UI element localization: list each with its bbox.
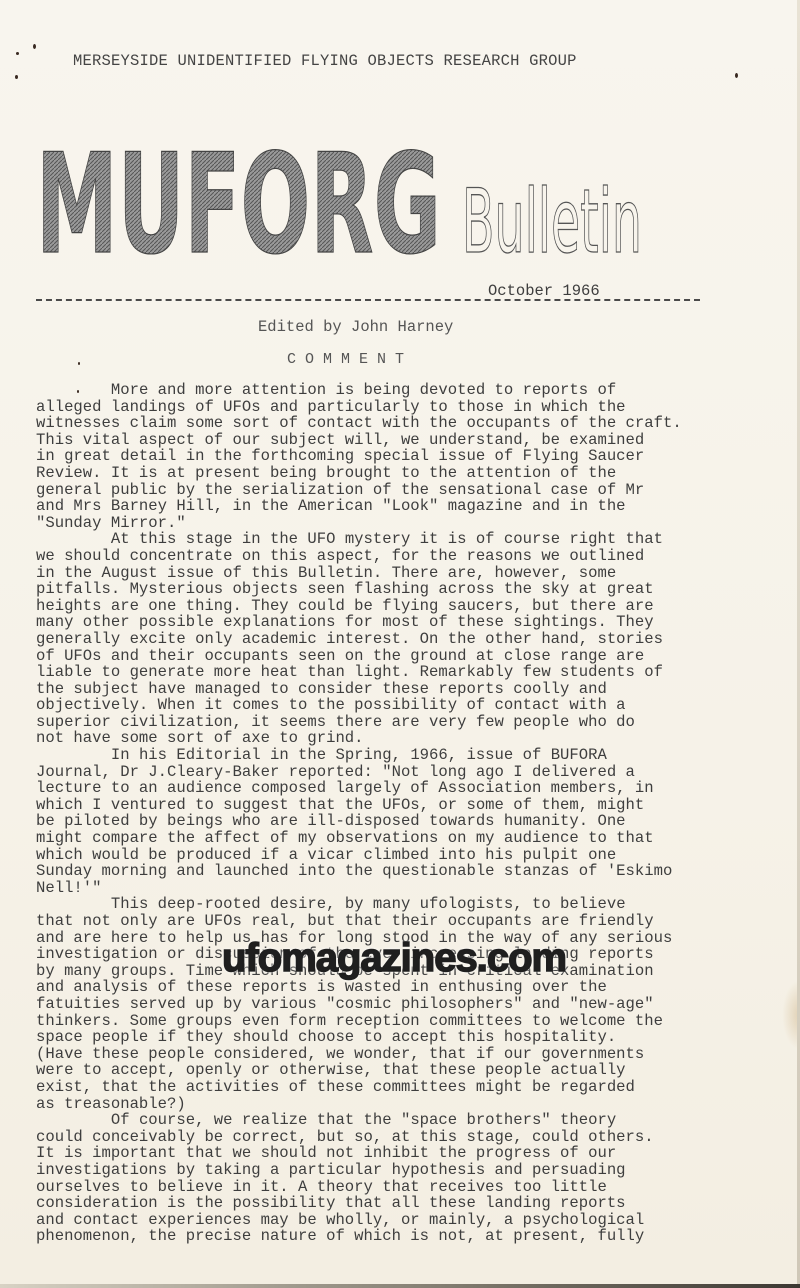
paragraph: More and more attention is being devoted… — [36, 382, 776, 531]
article-body: More and more attention is being devoted… — [36, 382, 776, 1245]
masthead-logo-graphic: MUFORG Bulletin — [34, 140, 654, 260]
header-rule — [36, 299, 700, 301]
masthead-title-bold: MUFORG — [36, 140, 441, 260]
paragraph: This deep-rooted desire, by many ufologi… — [36, 896, 776, 1112]
ink-speck — [33, 44, 36, 49]
section-title: COMMENT — [287, 351, 413, 368]
scanned-page: MERSEYSIDE UNIDENTIFIED FLYING OBJECTS R… — [0, 0, 800, 1288]
editor-credit: Edited by John Harney — [258, 318, 453, 336]
ink-speck — [15, 75, 18, 79]
paragraph: At this stage in the UFO mystery it is o… — [36, 531, 776, 747]
ink-speck — [16, 52, 19, 55]
issue-date: October 1966 — [488, 282, 600, 300]
ink-speck — [78, 362, 80, 365]
watermark: ufomagazines.com — [222, 936, 566, 981]
organization-header: MERSEYSIDE UNIDENTIFIED FLYING OBJECTS R… — [73, 52, 577, 70]
ink-speck — [735, 73, 738, 78]
masthead-logo: MUFORG Bulletin — [34, 140, 654, 260]
paragraph: In his Editorial in the Spring, 1966, is… — [36, 747, 776, 896]
masthead-title-light: Bulletin — [462, 170, 642, 260]
paragraph: Of course, we realize that the "space br… — [36, 1112, 776, 1245]
page-edge — [0, 1284, 800, 1288]
